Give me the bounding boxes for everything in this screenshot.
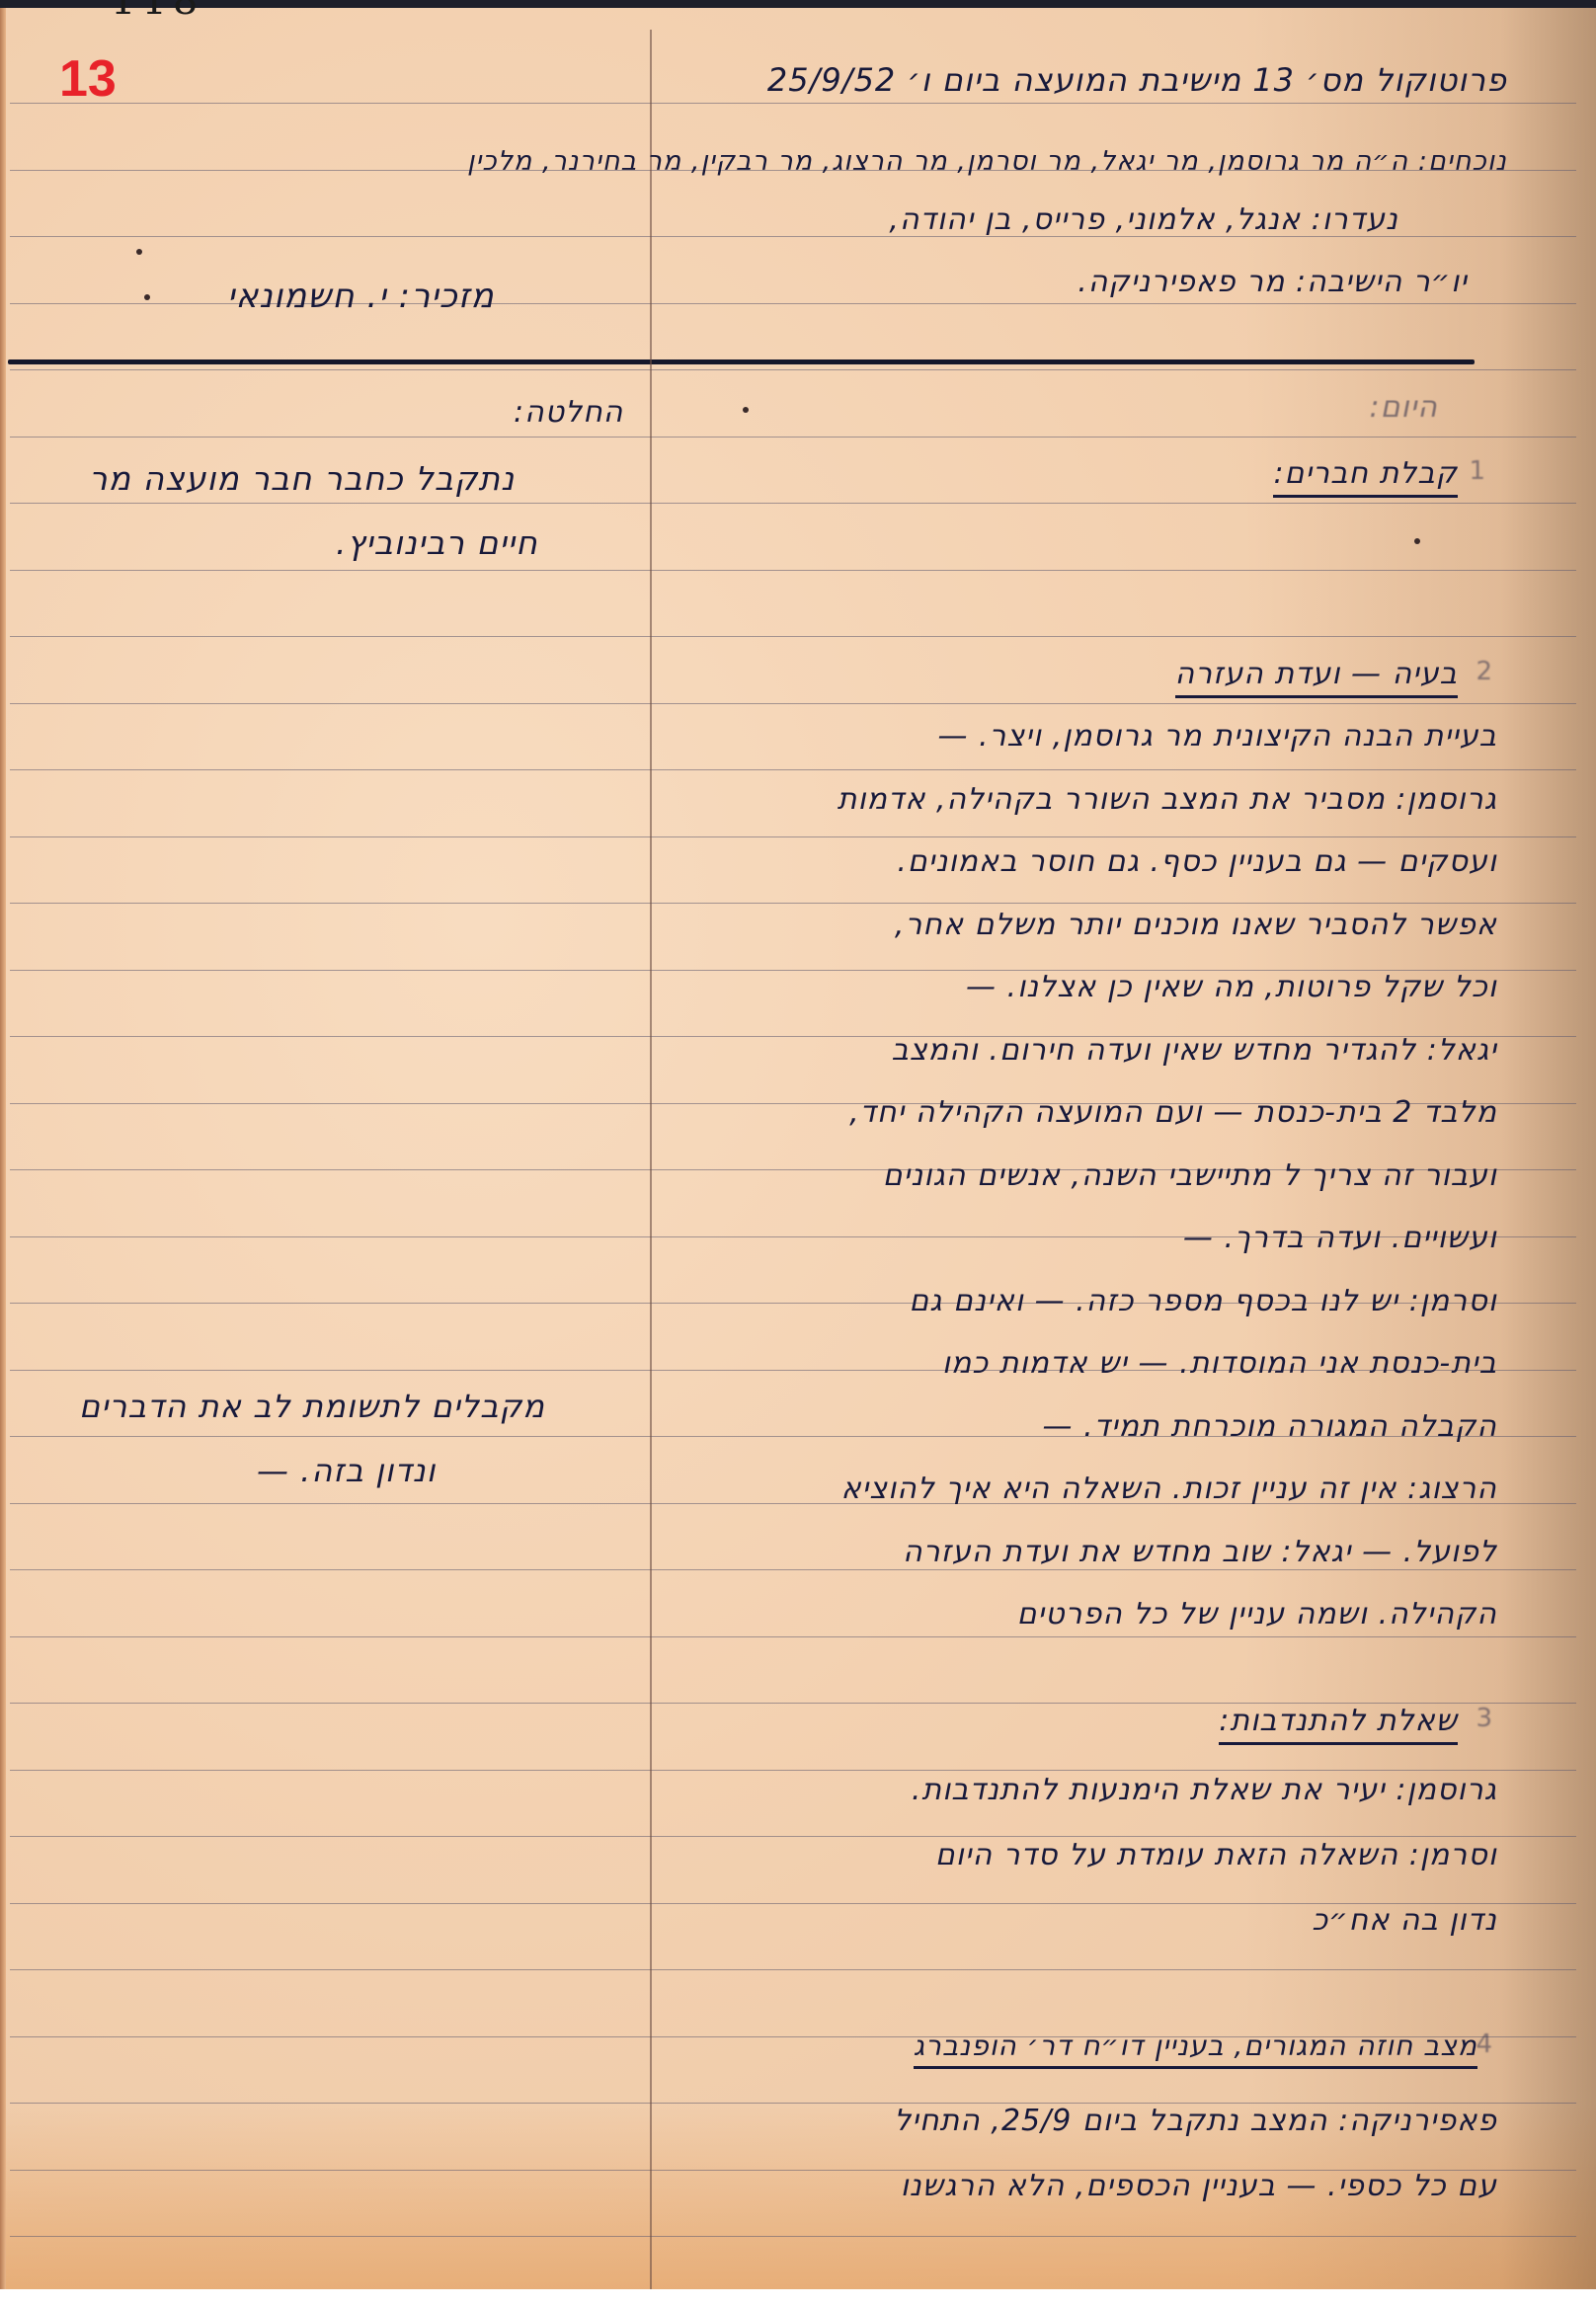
decision-1-line-1: נתקבל כחבר חבר מועצה מר (89, 459, 515, 498)
ruled-line (10, 503, 1576, 504)
column-divider (650, 30, 652, 2289)
ruled-line (10, 703, 1576, 704)
item-2-number: 2 (1476, 657, 1492, 686)
item-3-line-2: וסרמן: השאלה הזאת עומדת על סדר היום (935, 1838, 1497, 1872)
item-2-line-12: הקבלה המגורה מוכרחת תמיד. — (1043, 1409, 1497, 1444)
decision-1-line-2: חיים רבינוביץ. (336, 523, 538, 562)
item-3-line-3: נדון בה אח״כ (1312, 1903, 1497, 1938)
item-2-line-11: בית-כנסת אני המוסדות. — יש אדמות כמו (942, 1346, 1497, 1381)
item-4-title: מצב חוזה המגורים, בעניין דו״ח דר׳ הופנבר… (914, 2029, 1477, 2069)
ruled-line (10, 903, 1576, 904)
secretary-line: מזכיר: י. חשמונאי (227, 277, 495, 316)
decision-2-line-2: ונדון בזה. — (257, 1452, 436, 1489)
item-1-title: קבלת חברים: (1273, 456, 1458, 498)
item-2-line-8: ועבור זה צריך ל מתיישבי השנה, אנשים הגונ… (883, 1158, 1497, 1193)
item-2-line-7: מלבד 2 בית-כנסת — ועם המועצה הקהילה יחד, (849, 1095, 1497, 1130)
page-number: 118 (111, 0, 203, 24)
ruled-line (10, 1836, 1576, 1837)
attendees-line: נוכחים: ה״ה מר גרוסמן, מר יגאל, מר וסרמן… (467, 146, 1507, 177)
item-2-line-9: ועשויים. ועדה בדרך. — (1183, 1221, 1497, 1255)
decision-2-line-1: מקבלים לתשומת לב את הדברים (79, 1388, 545, 1425)
ruled-line (10, 1569, 1576, 1570)
ruled-line (10, 1969, 1576, 1970)
header-separator-rule (8, 359, 1475, 364)
item-3-number: 3 (1476, 1704, 1492, 1733)
ink-speck (1414, 538, 1420, 544)
ruled-line (10, 1770, 1576, 1771)
agenda-label: היום: (1370, 390, 1439, 425)
ruled-line (10, 769, 1576, 770)
ink-speck (743, 407, 749, 413)
ruled-line (10, 369, 1576, 370)
item-4-line-1: פאפירניקה: המצב נתקבל ביום 25/9, התחיל (894, 2104, 1497, 2138)
page-binding-edge (0, 8, 6, 2289)
ruled-line (10, 636, 1576, 637)
item-4-number: 4 (1476, 2029, 1492, 2059)
item-2-line-10: וסרמן: יש לנו בכסף מספר כזה. — ואינם גם (909, 1284, 1497, 1318)
item-3-title: שאלת להתנדבות: (1219, 1704, 1458, 1745)
ruled-line (10, 103, 1576, 104)
item-2-line-2: גרוסמן: מסביר את המצב השורר בקהילה, אדמו… (838, 782, 1497, 817)
item-2-line-3: ועסקים — גם בעניין כסף. גם חוסר באמונים. (897, 844, 1497, 879)
ruled-line (10, 2236, 1576, 2237)
item-2-line-5: וכל שקל פרוטות, מה שאין כן אצלנו. — (966, 970, 1497, 1004)
ruled-line (10, 570, 1576, 571)
item-2-line-15: הקהילה. ושמה עניין של כל הפרטים (1017, 1597, 1497, 1632)
ruled-line (10, 836, 1576, 837)
ruled-line (10, 1636, 1576, 1637)
decision-label: החלטה: (514, 395, 623, 430)
protocol-title: פרוטוקול מס׳ 13 מישיבת המועצה ביום ו׳ 25… (767, 61, 1507, 99)
item-2-title: בעיה — ועדת העזרה (1175, 657, 1458, 698)
item-2-line-1: בעיית הבנה הקיצונית מר גרוסמן, ויצר. — (937, 719, 1497, 754)
chair-line: יו״ר הישיבה: מר פאפירניקה. (1077, 265, 1468, 299)
scan-top-edge (0, 0, 1596, 8)
red-page-label: 13 (59, 49, 117, 109)
document-page: 118 13 פרוטוקול מס׳ 13 מישיבת המועצה ביו… (0, 0, 1596, 2289)
item-2-line-14: לפועל. — יגאל: שוב מחדש את ועדת העזרה (903, 1535, 1497, 1569)
ruled-line (10, 437, 1576, 438)
item-1-number: 1 (1469, 456, 1485, 486)
item-4-line-2: עם כל כספי. — בעניין הכספים, הלא הרגשנו (901, 2169, 1497, 2203)
ink-speck (136, 249, 142, 255)
ink-speck (144, 294, 150, 300)
item-2-line-4: אפשר להסביר שאנו מוכנים יותר משלם אחר, (895, 908, 1497, 942)
item-2-line-6: יגאל: להגדיר מחדש שאין ועדה חירום. והמצב (892, 1033, 1497, 1068)
absentees-line: נעדרו: אנגל, אלמוני, פרייס, בן יהודה, (889, 202, 1398, 237)
item-2-line-13: הרצוג: אין זה עניין זכות. השאלה היא איך … (841, 1472, 1497, 1506)
item-3-line-1: גרוסמן: יעיר את שאלת הימנעות להתנדבות. (912, 1773, 1497, 1807)
